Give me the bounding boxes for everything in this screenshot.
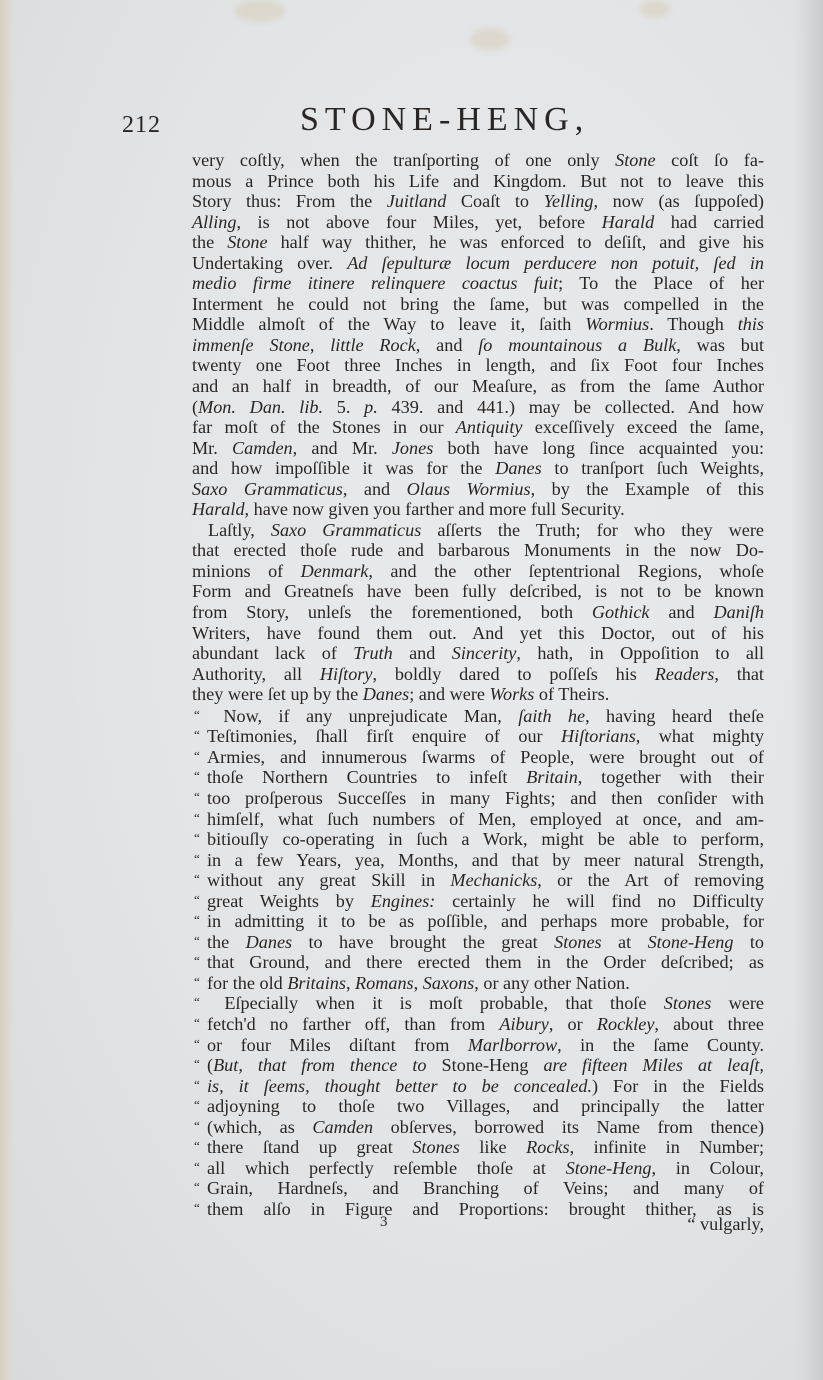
text-line: “in admitting it to be as poſſible, and … — [192, 910, 764, 931]
text-line: “for the old Britains, Romans, Saxons, o… — [192, 972, 764, 993]
text-line: “ Now, if any unprejudicate Man, ſaith h… — [192, 705, 764, 726]
text-line: “too proſperous Succeſſes in many Fights… — [192, 787, 764, 808]
text-line: “Armies, and innumerous ſwarms of People… — [192, 746, 764, 767]
text-line: minions of Denmark, and the other ſepten… — [192, 561, 764, 582]
body-text: very coſtly, when the tranſporting of on… — [192, 150, 764, 1218]
text-line: Saxo Grammaticus, and Olaus Wormius, by … — [192, 479, 764, 500]
text-line: “the Danes to have brought the great Sto… — [192, 931, 764, 952]
text-line: “(which, as Camden obſerves, borrowed it… — [192, 1116, 764, 1137]
text-line: the Stone half way thither, he was enfor… — [192, 232, 764, 253]
text-line: mous a Prince both his Life and Kingdom.… — [192, 171, 764, 192]
text-line: Undertaking over. Ad ſepulturæ locum per… — [192, 253, 764, 274]
signature-mark: 3 — [380, 1214, 388, 1231]
text-line: Alling, is not above four Miles, yet, be… — [192, 212, 764, 233]
text-line: “great Weights by Engines: certainly he … — [192, 890, 764, 911]
text-line: “without any great Skill in Mechanicks, … — [192, 869, 764, 890]
text-line: they were ſet up by the Danes; and were … — [192, 684, 764, 705]
text-line: “adjoyning to thoſe two Villages, and pr… — [192, 1095, 764, 1116]
page-edge-shadow — [793, 0, 823, 1380]
text-line: and how impoſſible it was for the Danes … — [192, 458, 764, 479]
text-line: “that Ground, and there erected them in … — [192, 951, 764, 972]
text-line: “all which perfectly reſemble thoſe at S… — [192, 1157, 764, 1178]
text-line: abundant lack of Truth and Sincerity, ha… — [192, 643, 764, 664]
foxing-stain — [470, 28, 510, 50]
text-line: Harald, have now given you farther and m… — [192, 499, 764, 520]
text-line: Form and Greatneſs have been fully deſcr… — [192, 581, 764, 602]
page-number: 212 — [122, 112, 161, 139]
text-line: Interment he could not bring the ſame, b… — [192, 294, 764, 315]
text-line: and an half in breadth, of our Meaſure, … — [192, 376, 764, 397]
text-line: “bitiouſly co-operating in ſuch a Work, … — [192, 828, 764, 849]
foxing-stain — [235, 0, 285, 22]
text-line: that erected thoſe rude and barbarous Mo… — [192, 540, 764, 561]
text-line: far moſt of the Stones in our Antiquity … — [192, 417, 764, 438]
text-line: “in a few Years, yea, Months, and that b… — [192, 849, 764, 870]
text-line: from Story, unleſs the forementioned, bo… — [192, 602, 764, 623]
text-line: twenty one Foot three Inches in length, … — [192, 355, 764, 376]
text-line: Laſtly, Saxo Grammaticus aſſerts the Tru… — [192, 520, 764, 541]
running-title: STONE-HENG, — [300, 101, 630, 139]
text-line: Writers, have found them out. And yet th… — [192, 623, 764, 644]
text-line: Mr. Camden, and Mr. Jones both have long… — [192, 438, 764, 459]
text-line: “thoſe Northern Countries to infeſt Brit… — [192, 766, 764, 787]
text-line: medio firme itinere relinquere coactus f… — [192, 273, 764, 294]
catchword: “ vulgarly, — [687, 1214, 764, 1235]
text-line: “or four Miles diſtant from Marlborrow, … — [192, 1034, 764, 1055]
book-page: 212 STONE-HENG, very coſtly, when the tr… — [0, 0, 823, 1380]
text-line: “there ſtand up great Stones like Rocks,… — [192, 1136, 764, 1157]
text-line: “Teſtimonies, ſhall firſt enquire of our… — [192, 725, 764, 746]
text-line: “(But, that from thence to Stone-Heng ar… — [192, 1054, 764, 1075]
text-line: very coſtly, when the tranſporting of on… — [192, 150, 764, 171]
text-line: immenſe Stone, little Rock, and ſo mount… — [192, 335, 764, 356]
text-line: (Mon. Dan. lib. 5. p. 439. and 441.) may… — [192, 397, 764, 418]
text-line: “is, it ſeems, thought better to be conc… — [192, 1075, 764, 1096]
text-line: “himſelf, what ſuch numbers of Men, empl… — [192, 808, 764, 829]
text-line: “ Eſpecially when it is moſt probable, t… — [192, 992, 764, 1013]
text-line: Middle almoſt of the Way to leave it, ſa… — [192, 314, 764, 335]
page-footer: 3 “ vulgarly, — [192, 1214, 764, 1236]
text-line: “Grain, Hardneſs, and Branching of Veins… — [192, 1177, 764, 1198]
page-gutter-shadow — [0, 0, 14, 1380]
foxing-stain — [640, 0, 670, 18]
text-line: Story thus: From the Juitland Coaſt to Y… — [192, 191, 764, 212]
text-line: Authority, all Hiſtory, boldly dared to … — [192, 664, 764, 685]
text-line: “fetch'd no farther off, than from Aibur… — [192, 1013, 764, 1034]
